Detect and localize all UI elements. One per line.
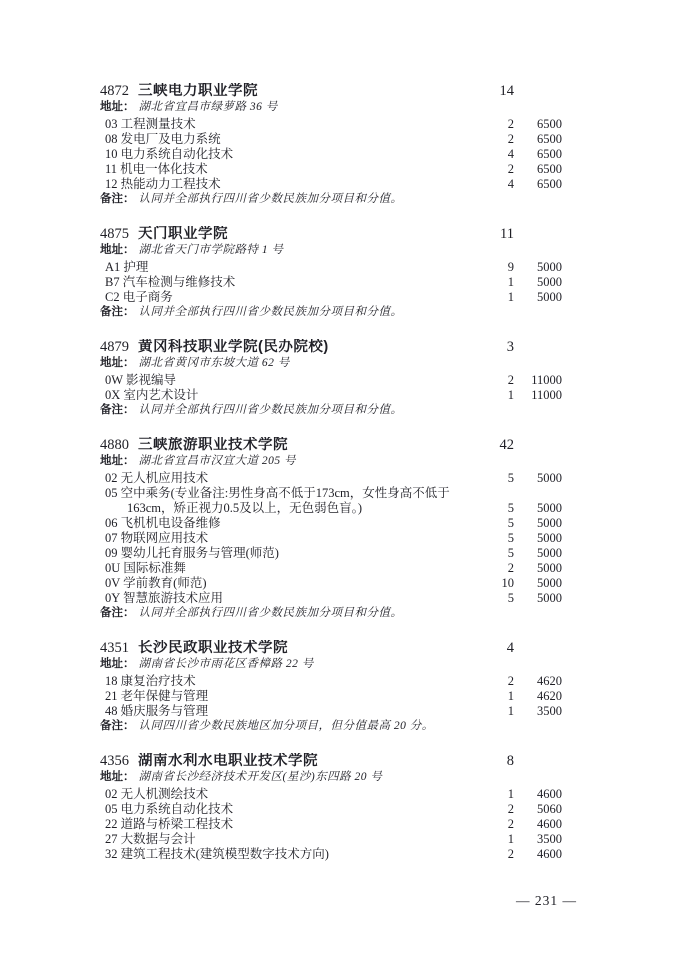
college-address: 地址：湖南省长沙市雨花区香樟路 22 号 <box>100 657 562 672</box>
address-label: 地址： <box>100 244 135 256</box>
major-name: B7 汽车检测与维修技术 <box>105 275 480 290</box>
college-name: 长沙民政职业技术学院 <box>138 640 480 657</box>
college-code: 4880 <box>100 437 129 454</box>
major-count: 2 <box>480 162 514 177</box>
college-block: 4879黄冈科技职业学院(民办院校)3地址：湖北省黄冈市东坡大道 62 号0W … <box>100 339 562 418</box>
college-plan-count: 4 <box>480 640 514 657</box>
address-text: 湖南省长沙市雨花区香樟路 22 号 <box>139 658 314 670</box>
college-note: 备注：认同并全部执行四川省少数民族加分项目和分值。 <box>100 606 562 621</box>
college-plan-count: 3 <box>480 339 514 356</box>
major-name: A1 护理 <box>105 260 480 275</box>
major-fee: 5000 <box>514 546 562 561</box>
major-fee: 4620 <box>514 689 562 704</box>
college-code: 4872 <box>100 83 129 100</box>
major-name: 09 婴幼儿托育服务与管理(师范) <box>105 546 480 561</box>
note-label: 备注： <box>100 607 135 619</box>
address-text: 湖北省宜昌市绿萝路 36 号 <box>139 101 278 113</box>
major-name: 0X 室内艺术设计 <box>105 388 480 403</box>
major-fee: 5000 <box>514 516 562 531</box>
major-count: 9 <box>480 260 514 275</box>
major-row: 06 飞机机电设备维修55000 <box>100 516 562 531</box>
major-row: 18 康复治疗技术24620 <box>100 674 562 689</box>
college-plan-count: 8 <box>480 753 514 770</box>
major-name: 0V 学前教育(师范) <box>105 576 480 591</box>
major-fee: 11000 <box>514 388 562 403</box>
major-fee: 4600 <box>514 787 562 802</box>
major-row: 05 电力系统自动化技术25060 <box>100 802 562 817</box>
college-header: 4880三峡旅游职业技术学院42 <box>100 437 562 454</box>
major-name: 06 飞机机电设备维修 <box>105 516 480 531</box>
address-label: 地址： <box>100 771 135 783</box>
college-plan-count: 42 <box>480 437 514 454</box>
major-fee: 11000 <box>514 373 562 388</box>
major-row: 22 道路与桥梁工程技术24600 <box>100 817 562 832</box>
major-fee: 6500 <box>514 177 562 192</box>
note-text: 认同并全部执行四川省少数民族加分项目和分值。 <box>139 193 403 205</box>
college-address: 地址：湖南省长沙经济技术开发区(星沙)东四路 20 号 <box>100 770 562 785</box>
note-text: 认同并全部执行四川省少数民族加分项目和分值。 <box>139 306 403 318</box>
major-count: 5 <box>480 471 514 486</box>
address-text: 湖南省长沙经济技术开发区(星沙)东四路 20 号 <box>139 771 383 783</box>
college-address: 地址：湖北省黄冈市东坡大道 62 号 <box>100 356 562 371</box>
major-count: 2 <box>480 373 514 388</box>
address-text: 湖北省黄冈市东坡大道 62 号 <box>139 357 290 369</box>
college-address: 地址：湖北省宜昌市绿萝路 36 号 <box>100 100 562 115</box>
major-name: 21 老年保健与管理 <box>105 689 480 704</box>
college-plan-count: 14 <box>480 83 514 100</box>
major-count: 2 <box>480 847 514 862</box>
major-row: 0U 国际标准舞25000 <box>100 561 562 576</box>
college-block: 4875天门职业学院11地址：湖北省天门市学院路特 1 号A1 护理95000B… <box>100 226 562 320</box>
major-row: 02 无人机应用技术55000 <box>100 471 562 486</box>
college-code: 4351 <box>100 640 129 657</box>
college-note: 备注：认同并全部执行四川省少数民族加分项目和分值。 <box>100 192 562 207</box>
major-row: 02 无人机测绘技术14600 <box>100 787 562 802</box>
major-fee: 5000 <box>514 561 562 576</box>
major-count: 1 <box>480 275 514 290</box>
major-name: 48 婚庆服务与管理 <box>105 704 480 719</box>
college-name: 黄冈科技职业学院(民办院校) <box>138 339 480 356</box>
major-name: 02 无人机测绘技术 <box>105 787 480 802</box>
college-header: 4879黄冈科技职业学院(民办院校)3 <box>100 339 562 356</box>
major-row: 27 大数据与会计13500 <box>100 832 562 847</box>
major-name: 0U 国际标准舞 <box>105 561 480 576</box>
major-name: 0Y 智慧旅游技术应用 <box>105 591 480 606</box>
major-count: 1 <box>480 689 514 704</box>
college-header: 4875天门职业学院11 <box>100 226 562 243</box>
address-label: 地址： <box>100 101 135 113</box>
major-name: 18 康复治疗技术 <box>105 674 480 689</box>
address-label: 地址： <box>100 357 135 369</box>
major-name: C2 电子商务 <box>105 290 480 305</box>
address-label: 地址： <box>100 455 135 467</box>
major-count: 2 <box>480 117 514 132</box>
major-name: 05 电力系统自动化技术 <box>105 802 480 817</box>
major-row: 0X 室内艺术设计111000 <box>100 388 562 403</box>
major-fee: 6500 <box>514 147 562 162</box>
college-address: 地址：湖北省宜昌市汉宜大道 205 号 <box>100 454 562 469</box>
major-count: 1 <box>480 704 514 719</box>
college-header: 4356湖南水利水电职业技术学院8 <box>100 753 562 770</box>
major-fee: 3500 <box>514 832 562 847</box>
note-text: 认同四川省少数民族地区加分项目，但分值最高 20 分。 <box>139 720 434 732</box>
major-count: 5 <box>480 516 514 531</box>
address-text: 湖北省天门市学院路特 1 号 <box>139 244 284 256</box>
note-text: 认同并全部执行四川省少数民族加分项目和分值。 <box>139 404 403 416</box>
major-name: 12 热能动力工程技术 <box>105 177 480 192</box>
major-count: 2 <box>480 802 514 817</box>
major-count: 1 <box>480 832 514 847</box>
major-row: 09 婴幼儿托育服务与管理(师范)55000 <box>100 546 562 561</box>
major-fee: 6500 <box>514 132 562 147</box>
major-fee: 5000 <box>514 471 562 486</box>
college-plan-count: 11 <box>480 226 514 243</box>
major-fee: 4600 <box>514 847 562 862</box>
college-code: 4875 <box>100 226 129 243</box>
document-page: 4872三峡电力职业学院14地址：湖北省宜昌市绿萝路 36 号03 工程测量技术… <box>0 0 680 961</box>
major-row: A1 护理95000 <box>100 260 562 275</box>
major-row: 05 空中乘务(专业备注:男性身高不低于173cm，女性身高不低于163cm，矫… <box>100 486 562 516</box>
major-count: 5 <box>480 591 514 606</box>
major-row: 07 物联网应用技术55000 <box>100 531 562 546</box>
major-row: 08 发电厂及电力系统26500 <box>100 132 562 147</box>
major-count: 5 <box>480 546 514 561</box>
major-count: 2 <box>480 561 514 576</box>
major-fee: 5000 <box>514 290 562 305</box>
note-label: 备注： <box>100 193 135 205</box>
major-count: 2 <box>480 132 514 147</box>
major-fee: 5000 <box>514 501 562 516</box>
major-row: 0V 学前教育(师范)105000 <box>100 576 562 591</box>
college-name: 三峡电力职业学院 <box>138 83 480 100</box>
major-count: 10 <box>480 576 514 591</box>
major-count: 1 <box>480 787 514 802</box>
major-fee: 4620 <box>514 674 562 689</box>
major-name: 0W 影视编导 <box>105 373 480 388</box>
major-fee: 5000 <box>514 591 562 606</box>
major-name: 10 电力系统自动化技术 <box>105 147 480 162</box>
major-row: C2 电子商务15000 <box>100 290 562 305</box>
college-list: 4872三峡电力职业学院14地址：湖北省宜昌市绿萝路 36 号03 工程测量技术… <box>100 83 562 881</box>
major-fee: 4600 <box>514 817 562 832</box>
college-block: 4872三峡电力职业学院14地址：湖北省宜昌市绿萝路 36 号03 工程测量技术… <box>100 83 562 207</box>
major-fee: 5000 <box>514 260 562 275</box>
major-fee: 3500 <box>514 704 562 719</box>
major-row: 21 老年保健与管理14620 <box>100 689 562 704</box>
address-text: 湖北省宜昌市汉宜大道 205 号 <box>139 455 297 467</box>
major-row: 12 热能动力工程技术46500 <box>100 177 562 192</box>
major-name: 11 机电一体化技术 <box>105 162 480 177</box>
college-name: 天门职业学院 <box>138 226 480 243</box>
major-name: 05 空中乘务(专业备注:男性身高不低于173cm，女性身高不低于163cm，矫… <box>105 486 480 516</box>
college-address: 地址：湖北省天门市学院路特 1 号 <box>100 243 562 258</box>
major-name: 02 无人机应用技术 <box>105 471 480 486</box>
college-code: 4879 <box>100 339 129 356</box>
page-number: — 231 — <box>516 893 577 909</box>
major-name: 07 物联网应用技术 <box>105 531 480 546</box>
major-count: 1 <box>480 388 514 403</box>
college-block: 4356湖南水利水电职业技术学院8地址：湖南省长沙经济技术开发区(星沙)东四路 … <box>100 753 562 862</box>
major-row: 0Y 智慧旅游技术应用55000 <box>100 591 562 606</box>
major-row: 10 电力系统自动化技术46500 <box>100 147 562 162</box>
major-row: 0W 影视编导211000 <box>100 373 562 388</box>
address-label: 地址： <box>100 658 135 670</box>
major-count: 2 <box>480 817 514 832</box>
major-fee: 5000 <box>514 576 562 591</box>
note-label: 备注： <box>100 720 135 732</box>
college-note: 备注：认同并全部执行四川省少数民族加分项目和分值。 <box>100 403 562 418</box>
major-fee: 5000 <box>514 531 562 546</box>
major-name: 27 大数据与会计 <box>105 832 480 847</box>
college-header: 4872三峡电力职业学院14 <box>100 83 562 100</box>
major-count: 5 <box>480 501 514 516</box>
major-fee: 6500 <box>514 117 562 132</box>
major-count: 4 <box>480 177 514 192</box>
major-row: 48 婚庆服务与管理13500 <box>100 704 562 719</box>
major-name: 03 工程测量技术 <box>105 117 480 132</box>
major-name: 08 发电厂及电力系统 <box>105 132 480 147</box>
college-code: 4356 <box>100 753 129 770</box>
major-row: B7 汽车检测与维修技术15000 <box>100 275 562 290</box>
major-count: 4 <box>480 147 514 162</box>
college-block: 4351长沙民政职业技术学院4地址：湖南省长沙市雨花区香樟路 22 号18 康复… <box>100 640 562 734</box>
major-row: 32 建筑工程技术(建筑模型数字技术方向)24600 <box>100 847 562 862</box>
major-fee: 5060 <box>514 802 562 817</box>
college-name: 湖南水利水电职业技术学院 <box>138 753 480 770</box>
major-count: 1 <box>480 290 514 305</box>
major-name: 22 道路与桥梁工程技术 <box>105 817 480 832</box>
note-label: 备注： <box>100 404 135 416</box>
college-name: 三峡旅游职业技术学院 <box>138 437 480 454</box>
major-name: 32 建筑工程技术(建筑模型数字技术方向) <box>105 847 480 862</box>
college-note: 备注：认同并全部执行四川省少数民族加分项目和分值。 <box>100 305 562 320</box>
note-text: 认同并全部执行四川省少数民族加分项目和分值。 <box>139 607 403 619</box>
major-count: 5 <box>480 531 514 546</box>
major-row: 03 工程测量技术26500 <box>100 117 562 132</box>
major-count: 2 <box>480 674 514 689</box>
college-note: 备注：认同四川省少数民族地区加分项目，但分值最高 20 分。 <box>100 719 562 734</box>
major-fee: 6500 <box>514 162 562 177</box>
major-fee: 5000 <box>514 275 562 290</box>
college-header: 4351长沙民政职业技术学院4 <box>100 640 562 657</box>
major-row: 11 机电一体化技术26500 <box>100 162 562 177</box>
college-block: 4880三峡旅游职业技术学院42地址：湖北省宜昌市汉宜大道 205 号02 无人… <box>100 437 562 621</box>
note-label: 备注： <box>100 306 135 318</box>
